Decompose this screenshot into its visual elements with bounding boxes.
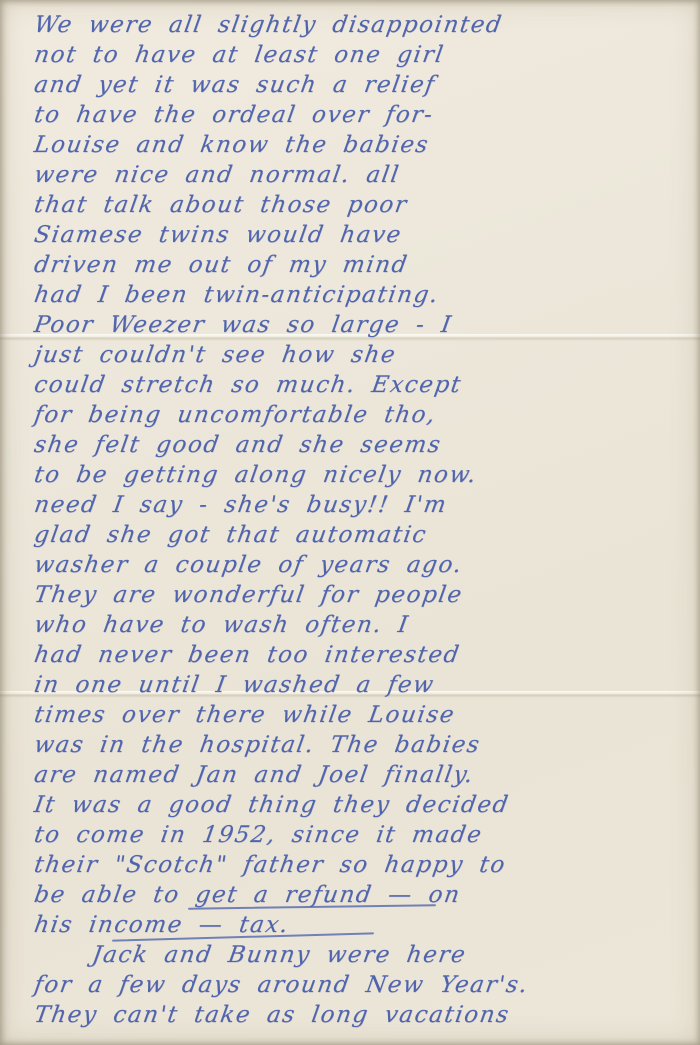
letter-line: for a few days around New Year's. <box>32 970 695 1000</box>
letter-line: their "Scotch" father so happy to <box>32 850 695 880</box>
letter-line: times over there while Louise <box>32 700 695 730</box>
letter-line: had I been twin-anticipating. <box>32 280 695 310</box>
letter-line: need I say - she's busy!! I'm <box>32 490 695 520</box>
letter-page: We were all slightly disappointednot to … <box>0 0 700 1045</box>
letter-line: washer a couple of years ago. <box>32 550 695 580</box>
letter-line: Poor Weezer was so large - I <box>32 310 695 340</box>
letter-line: his income — tax. <box>32 910 695 940</box>
letter-line: to have the ordeal over for- <box>32 100 695 130</box>
letter-line: glad she got that automatic <box>32 520 695 550</box>
letter-line: who have to wash often. I <box>32 610 695 640</box>
letter-line: just couldn't see how she <box>32 340 695 370</box>
letter-line: and yet it was such a relief <box>32 70 695 100</box>
letter-line: to be getting along nicely now. <box>32 460 695 490</box>
letter-line: They can't take as long vacations <box>32 1000 695 1030</box>
letter-line: that talk about those poor <box>32 190 695 220</box>
letter-line: driven me out of my mind <box>32 250 695 280</box>
letter-line: were nice and normal. all <box>32 160 695 190</box>
letter-body: We were all slightly disappointednot to … <box>32 10 690 1030</box>
letter-line: to come in 1952, since it made <box>32 820 695 850</box>
letter-line: in one until I washed a few <box>32 670 695 700</box>
letter-line: We were all slightly disappointed <box>32 10 695 40</box>
letter-line: Siamese twins would have <box>32 220 695 250</box>
letter-line: could stretch so much. Except <box>32 370 695 400</box>
letter-line: It was a good thing they decided <box>32 790 695 820</box>
letter-line: she felt good and she seems <box>32 430 695 460</box>
letter-line: had never been too interested <box>32 640 695 670</box>
letter-line: was in the hospital. The babies <box>32 730 695 760</box>
letter-line: They are wonderful for people <box>32 580 695 610</box>
letter-line: Louise and know the babies <box>32 130 695 160</box>
letter-line: not to have at least one girl <box>32 40 695 70</box>
letter-line: are named Jan and Joel finally. <box>32 760 695 790</box>
letter-line: Jack and Bunny were here <box>32 940 695 970</box>
letter-line: for being uncomfortable tho, <box>32 400 695 430</box>
